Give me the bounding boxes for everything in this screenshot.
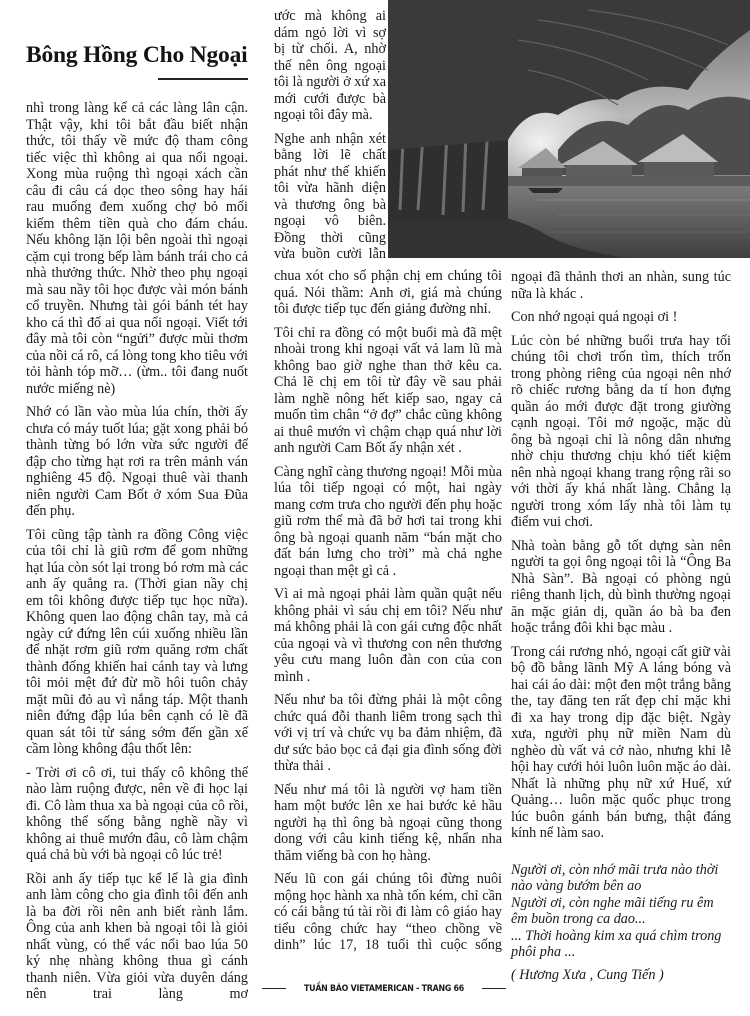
article-column-2-bottom: chua xót cho số phận chị em chúng tôi qu… (274, 268, 502, 961)
paragraph: Rồi anh ấy tiếp tục kể lể là gia đình an… (26, 871, 248, 1003)
paragraph: Nhà toàn bằng gỗ tốt dựng sàn nên người … (511, 538, 731, 637)
lyric-attribution: ( Hương Xưa , Cung Tiến ) (511, 967, 731, 984)
bamboo-village-river-painting (388, 0, 750, 258)
paragraph: Nếu lũ con gái chúng tôi đừng nuôi mộng … (274, 871, 502, 954)
paragraph: - Trời ơi cô ơi, tui thấy cô không thể n… (26, 765, 248, 864)
paragraph: ước mà không ai dám ngỏ lời vì sợ bị từ … (274, 8, 386, 124)
article-title: Bông Hồng Cho Ngoại (26, 42, 248, 69)
paragraph: nhì trong làng kể cả các làng lân cận. T… (26, 100, 248, 397)
song-lyrics-quote: Người ơi, còn nhớ mãi trưa nào thời nào … (511, 862, 731, 984)
article-column-1: nhì trong làng kể cả các làng lân cận. T… (26, 100, 248, 1010)
paragraph: ngoại đã thảnh thơi an nhàn, sung túc nữ… (511, 269, 731, 302)
paragraph: Tôi chỉ ra đồng có một buổi mà đã mệt nh… (274, 325, 502, 457)
paragraph: Vì ai mà ngoại phải làm quần quật nếu kh… (274, 586, 502, 685)
paragraph: Nếu như má tôi là người vợ ham tiền ham … (274, 782, 502, 865)
lyric-line: ... Thời hoàng kim xa quá chìm trong phô… (511, 928, 731, 961)
paragraph: Nếu như ba tôi đừng phải là một công chứ… (274, 692, 502, 775)
paragraph: Nhớ có lần vào mùa lúa chín, thời ấy chư… (26, 404, 248, 520)
lyric-line: Người ơi, còn nghe mãi tiếng ru êm êm bu… (511, 895, 731, 928)
footer-rule-right (482, 988, 506, 990)
paragraph: Con nhớ ngoại quá ngoại ơi ! (511, 309, 731, 326)
paragraph: chua xót cho số phận chị em chúng tôi qu… (274, 268, 502, 318)
page-footer: TUẦN BÁO VIETAMERICAN - TRANG 66 (266, 983, 502, 994)
footer-rule-left (262, 988, 286, 990)
lyric-line: Người ơi, còn nhớ mãi trưa nào thời nào … (511, 862, 731, 895)
title-underline-divider (158, 78, 248, 80)
article-column-3: ngoại đã thảnh thơi an nhàn, sung túc nữ… (511, 269, 731, 990)
footer-publication-page: TUẦN BÁO VIETAMERICAN - TRANG 66 (304, 983, 464, 994)
paragraph: Nghe anh nhận xét bằng lời lẽ chất phát … (274, 131, 386, 263)
painting-image (388, 0, 750, 258)
paragraph: Trong cái rương nhỏ, ngoại cất giữ vài b… (511, 644, 731, 842)
paragraph: Càng nghĩ càng thương ngoại! Mỗi mùa lúa… (274, 464, 502, 580)
paragraph: Lúc còn bé những buổi trưa hay tối chúng… (511, 333, 731, 531)
article-column-2-top: ước mà không ai dám ngỏ lời vì sợ bị từ … (274, 8, 386, 270)
paragraph: Tôi cũng tập tành ra đồng Công việc của … (26, 527, 248, 758)
